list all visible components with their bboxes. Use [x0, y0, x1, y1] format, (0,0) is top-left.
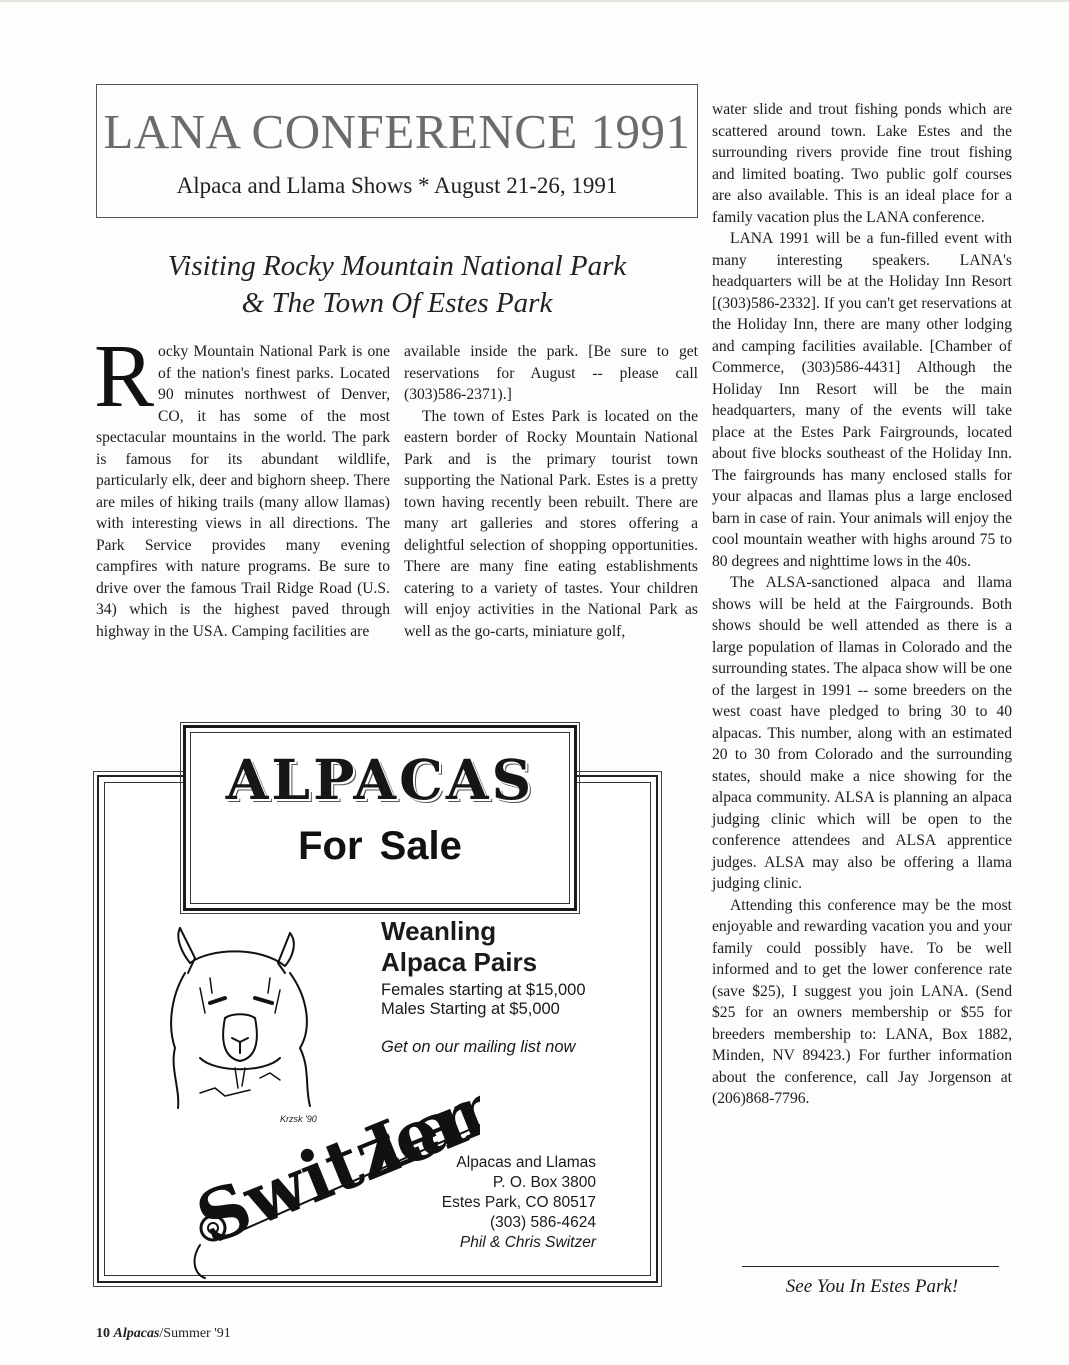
article-paragraph: LANA 1991 will be a fun-filled event wit… [712, 228, 1012, 572]
article-column-3: water slide and trout fishing ponds whic… [712, 99, 1012, 1110]
article-title-line-1: Visiting Rocky Mountain National Park [96, 248, 698, 285]
article-paragraph: Rocky Mountain National Park is one of t… [96, 341, 390, 642]
article-title: Visiting Rocky Mountain National Park & … [96, 248, 698, 322]
ad-headline: Weanling Alpaca Pairs [381, 916, 537, 978]
price-females: Females starting at $15,000 [381, 981, 586, 1000]
ad-contact-city: Estes Park, CO 80517 [400, 1193, 596, 1213]
ad-contact-po-box: P. O. Box 3800 [400, 1173, 596, 1193]
conference-header-box: LANA CONFERENCE 1991 Alpaca and Llama Sh… [96, 84, 698, 218]
signoff-text: See You In Estes Park! [712, 1276, 1032, 1298]
price-males: Males Starting at $5,000 [381, 1000, 586, 1019]
page-number: 10 [96, 1326, 110, 1341]
ad-contact-phone: (303) 586-4624 [400, 1213, 596, 1233]
ad-for-sale: For Sale [186, 824, 574, 869]
ad-contact-names: Phil & Chris Switzer [400, 1233, 596, 1253]
signoff-divider [742, 1266, 999, 1267]
article-paragraph: water slide and trout fishing ponds whic… [712, 99, 1012, 228]
article-title-line-2: & The Town Of Estes Park [96, 285, 698, 322]
page-top-edge [0, 0, 1069, 2]
article-paragraph: The town of Estes Park is located on the… [404, 406, 698, 643]
article-column-1: Rocky Mountain National Park is one of t… [96, 341, 390, 642]
article-column-2: available inside the park. [Be sure to g… [404, 341, 698, 642]
ad-contact-line-1: Alpacas and Llamas [400, 1153, 596, 1173]
page-folio: 10 Alpacas/Summer '91 [96, 1326, 231, 1342]
conference-subtitle: Alpaca and Llama Shows * August 21-26, 1… [97, 173, 697, 199]
ad-prices: Females starting at $15,000 Males Starti… [381, 981, 586, 1019]
article-paragraph: available inside the park. [Be sure to g… [404, 341, 698, 406]
advertisement-title-box: ALPACAS For Sale [183, 725, 577, 911]
ad-brand-title: ALPACAS [186, 750, 574, 810]
article-paragraph: The ALSA-sanctioned alpaca and llama sho… [712, 572, 1012, 895]
magazine-name: Alpacas [114, 1326, 160, 1341]
drop-cap: R [94, 344, 154, 410]
ad-contact-block: Alpacas and Llamas P. O. Box 3800 Estes … [400, 1153, 596, 1253]
issue-label: /Summer '91 [159, 1326, 230, 1341]
conference-title: LANA CONFERENCE 1991 [97, 107, 697, 157]
article-paragraph: Attending this conference may be the mos… [712, 895, 1012, 1110]
ad-mailing-list: Get on our mailing list now [381, 1038, 575, 1057]
